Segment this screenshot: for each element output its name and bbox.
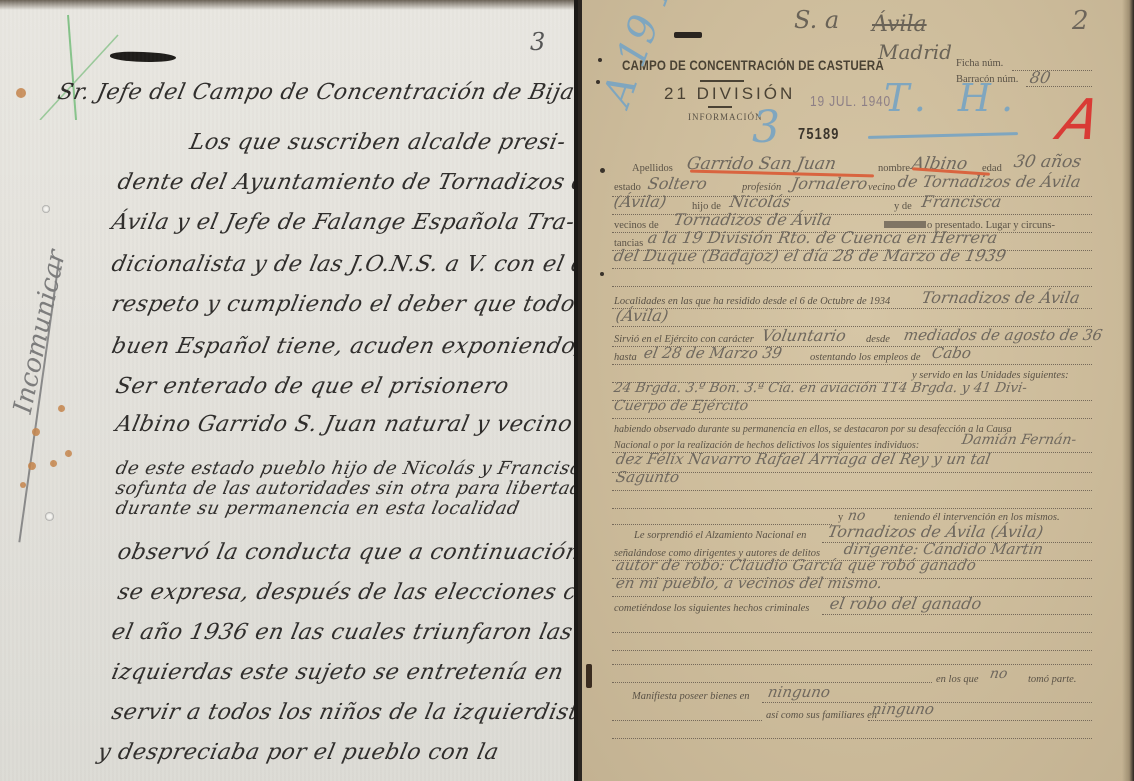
madre-value: Francisca	[920, 192, 1003, 211]
servicio-caracter-value: Voluntario	[760, 326, 847, 345]
redacted-word	[884, 221, 926, 228]
letter-line-3: dente del Ayuntamiento de Tornadizos de	[115, 170, 578, 195]
form-line	[612, 286, 1092, 287]
form-line	[868, 720, 1092, 721]
participacion-value: no	[989, 666, 1009, 682]
division-divider	[708, 106, 732, 108]
unidades-value-cont: Cuerpo de Ejército	[613, 398, 750, 414]
familiares-value: ninguno	[870, 700, 935, 718]
letter-line-8: Ser enterado de que el prisionero	[113, 374, 511, 399]
header-annotation-prefix: S. a	[794, 6, 839, 34]
paper-speck	[596, 80, 600, 84]
desafeccion-value-cont-1: dez Félix Navarro Rafael Arriaga del Rey…	[614, 450, 992, 468]
familiares-label: así como sus familiares en	[766, 710, 877, 721]
form-line	[612, 472, 1092, 473]
paper-speck	[600, 272, 604, 276]
tancias-value-cont: del Duque (Badajoz) el día 28 de Marzo d…	[612, 246, 1007, 265]
letter-line-4: Ávila y el Jefe de Falange Española Tra-	[109, 210, 577, 235]
empleos-label: ostentando los empleos de	[810, 352, 921, 363]
vecino-value: de Tornadizos de Ávila	[896, 172, 1082, 191]
letter-line-6: respeto y cumpliendo el deber que todo	[109, 292, 577, 317]
rust-spot	[16, 88, 26, 98]
vecino-value-cont: (Ávila)	[612, 192, 668, 211]
ficha-line	[1012, 70, 1092, 71]
padre-value: Nicolás	[728, 192, 792, 211]
vecinos-de-value: Tornadizos de Ávila	[672, 210, 833, 229]
rust-spot	[58, 405, 65, 412]
form-line	[612, 268, 1092, 269]
y-de-label: y de	[894, 201, 912, 212]
blue-pencil-underline	[868, 132, 1018, 139]
rust-spot	[65, 450, 72, 457]
rust-spot	[28, 462, 36, 470]
form-line	[612, 664, 1092, 665]
participacion-label-post: tomó parte.	[1028, 674, 1076, 685]
form-line	[612, 632, 1092, 633]
paper-speck	[598, 58, 602, 62]
header-annotation-replacement: Madrid	[878, 40, 952, 64]
concentration-camp-form-page: S. a Ávila Madrid 2 CAMPO DE CONCENTRACI…	[582, 0, 1134, 781]
bienes-value: ninguno	[766, 683, 831, 701]
dirigentes-value-cont-1: autor de robo: Claudio García que robó g…	[614, 556, 977, 574]
header-annotation-struck: Ávila	[872, 12, 927, 37]
form-line	[612, 418, 1092, 419]
form-line	[612, 650, 1092, 651]
bienes-label: Manifiesta poseer bienes en	[632, 691, 750, 702]
hechos-value: el robo del ganado	[828, 594, 983, 613]
letter-line-16: izquierdas este sujeto se entretenía en	[109, 660, 566, 685]
profesion-value: Jornalero	[790, 174, 869, 193]
letter-line-12: durante su permanencia en esta localidad	[114, 498, 522, 519]
punch-hole	[45, 512, 54, 521]
page-number: 2	[1072, 6, 1089, 36]
form-title: CAMPO DE CONCENTRACIÓN DE CASTUERA	[622, 58, 884, 73]
division-heading: 21 DIVISIÓN	[664, 84, 795, 104]
form-line	[612, 308, 1092, 309]
empleos-value: Cabo	[930, 344, 972, 362]
letter-line-13: observó la conducta que a continuación	[115, 540, 578, 565]
desafeccion-value: Damián Fernán-	[961, 432, 1078, 448]
margin-note-incomunicar: Incomunicar	[8, 247, 72, 416]
letter-line-2: Los que suscriben alcalde presi-	[187, 130, 568, 155]
rust-stain	[586, 664, 592, 688]
hasta-value: el 28 de Marzo 39	[642, 344, 783, 362]
tear-mark	[674, 32, 702, 38]
desafeccion-label-1: habiendo observado durante su permanenci…	[614, 424, 1012, 435]
hechos-label: cometiéndose los siguientes hechos crimi…	[614, 603, 809, 614]
letter-line-17: servir a todos los niños de la izquierdi…	[109, 700, 578, 725]
handwritten-letter-page: 3 Incomunicar Sr. Jefe del Campo de Conc…	[0, 0, 578, 781]
rust-spot	[32, 428, 40, 436]
form-line	[612, 364, 1092, 365]
letter-line-7: buen Español tiene, acuden exponiendo;	[109, 334, 578, 359]
barracon-value: 80	[1028, 68, 1052, 87]
scan-edge-shadow	[0, 0, 578, 10]
letter-line-10: de este estado pueblo hijo de Nicolás y …	[114, 458, 578, 479]
alzamiento-label: Le sorprendió el Alzamiento Nacional en	[634, 530, 806, 541]
edad-value: 30 años	[1012, 152, 1083, 172]
letter-line-9: Albino Garrido S. Juan natural y vecino	[113, 412, 574, 437]
desafeccion-value-cont-2: Sagunto	[614, 468, 680, 486]
participacion-label-pre: en los que	[936, 674, 979, 685]
paper-speck	[600, 168, 605, 173]
unidades-value: 24 Brgda. 3.º Bon. 3.ª Cía. en aviación …	[613, 380, 1029, 396]
letter-line-1: Sr. Jefe del Campo de Concentración de B…	[55, 80, 578, 105]
letter-line-18: y despreciaba por el pueblo con la	[95, 740, 501, 765]
blue-pencil-annotation-middle: 3	[752, 102, 780, 153]
barracon-label: Barracón núm.	[956, 74, 1018, 85]
localidades-value-cont: (Ávila)	[614, 306, 670, 325]
scan-edge-shadow	[1122, 0, 1134, 781]
page-number: 3	[530, 28, 545, 56]
localidades-value: Tornadizos de Ávila	[920, 288, 1081, 307]
registry-number-stamp: 75189	[798, 126, 840, 144]
alzamiento-value: Tornadizos de Ávila (Ávila)	[826, 522, 1044, 541]
form-line	[612, 196, 1092, 197]
tancias-value: a la 19 División Rto. de Cuenca en Herre…	[646, 228, 999, 247]
form-line	[612, 524, 832, 525]
barracon-line	[1026, 86, 1092, 87]
vecino-label: vecino	[868, 182, 895, 193]
title-divider	[700, 80, 744, 82]
estado-value: Soltero	[646, 174, 708, 193]
punch-hole	[42, 205, 50, 213]
dirigentes-value-cont-2: en mi pueblo, a vecinos del mismo.	[614, 574, 883, 592]
form-line	[612, 738, 1092, 739]
apellidos-label: Apellidos	[632, 163, 673, 174]
letter-line-5: dicionalista y de las J.O.N.S. a V. con …	[109, 252, 578, 277]
letter-line-14: se expresa, después de las elecciones ce…	[115, 580, 578, 605]
form-line	[612, 490, 1092, 491]
rust-spot	[20, 482, 26, 488]
form-line	[822, 614, 1092, 615]
ficha-label: Ficha núm.	[956, 58, 1003, 69]
letter-line-11: sofunta de las autoridades sin otra para…	[114, 478, 578, 499]
letter-line-15: el año 1936 en las cuales triunfaron las	[109, 620, 575, 645]
red-pencil-mark: A	[1052, 88, 1107, 153]
form-line	[612, 720, 762, 721]
rust-spot	[50, 460, 57, 467]
desde-value: mediados de agosto de 36	[902, 326, 1103, 344]
date-stamp: 19 JUL. 1940	[810, 93, 891, 110]
hasta-label: hasta	[614, 352, 637, 363]
desde-label: desde	[866, 334, 890, 345]
